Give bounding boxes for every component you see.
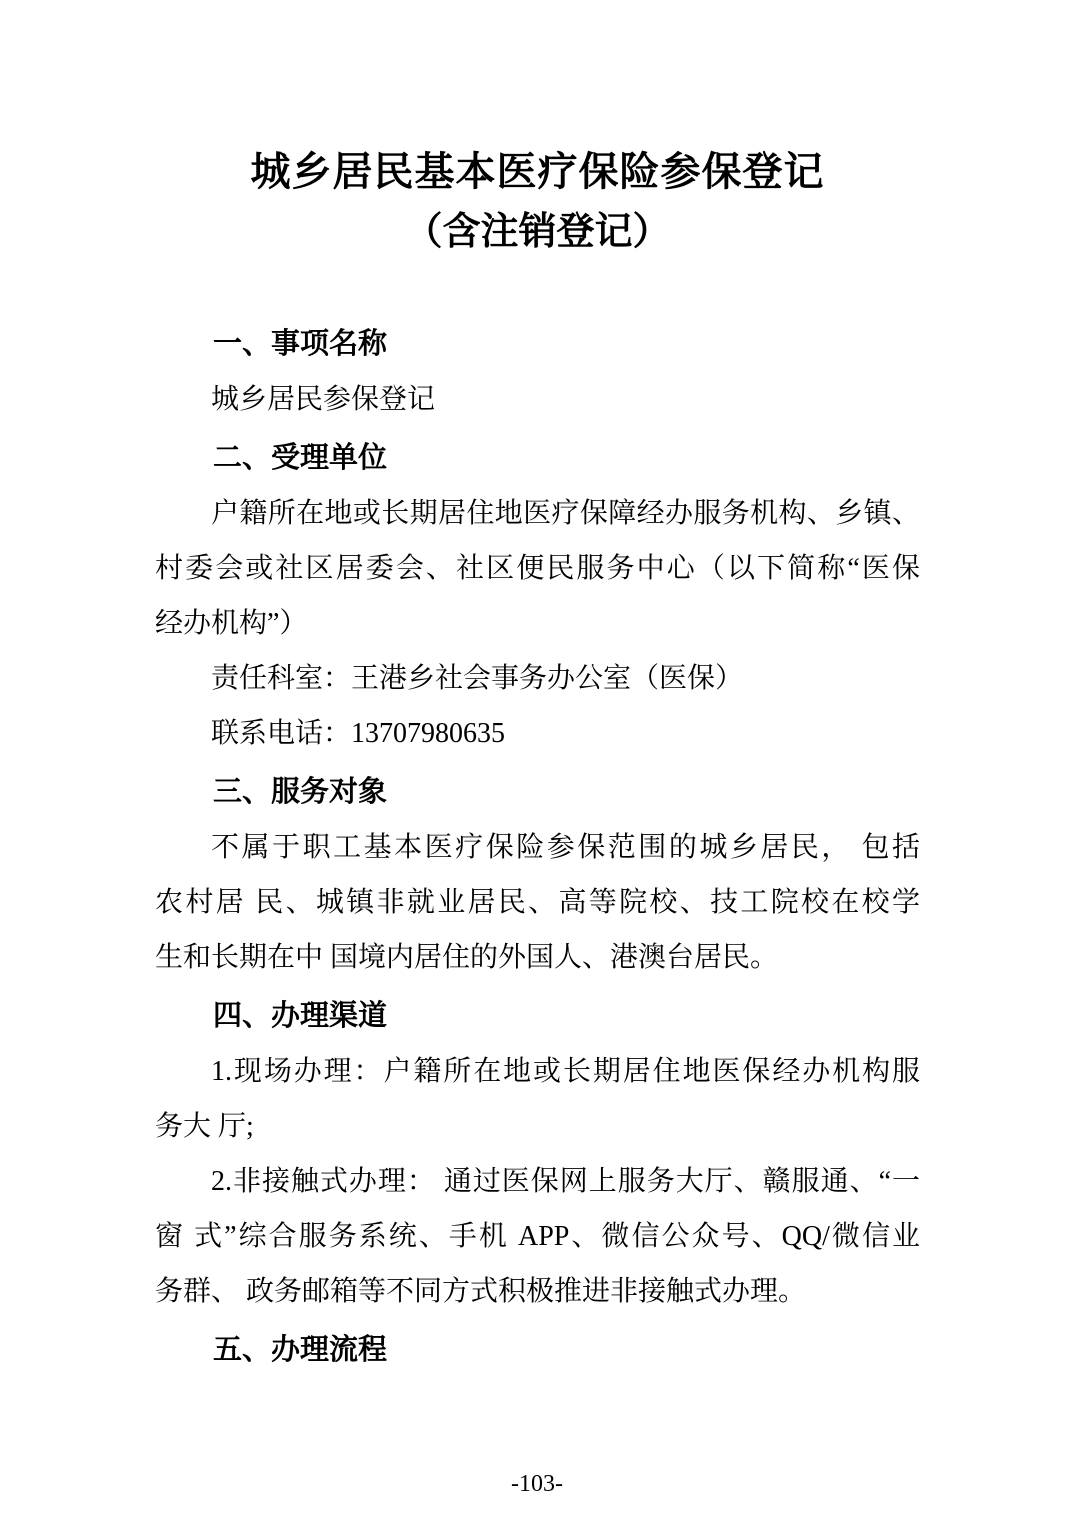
document-page: 城乡居民基本医疗保险参保登记 （含注销登记） 一、事项名称城乡居民参保登记二、受… bbox=[0, 0, 1074, 1520]
paragraph-line: 务大 厅; bbox=[155, 1099, 920, 1154]
section-heading: 五、办理流程 bbox=[155, 1323, 920, 1378]
paragraph-line: 窗 式”综合服务系统、手机 APP、微信公众号、QQ/微信业 bbox=[155, 1209, 920, 1264]
section-heading: 三、服务对象 bbox=[155, 765, 920, 820]
paragraph-line: 城乡居民参保登记 bbox=[155, 372, 920, 427]
paragraph-line: 联系电话：13707980635 bbox=[155, 706, 920, 761]
paragraph-line: 不属于职工基本医疗保险参保范围的城乡居民， 包括 bbox=[155, 820, 920, 875]
document-content: 城乡居民基本医疗保险参保登记 （含注销登记） 一、事项名称城乡居民参保登记二、受… bbox=[155, 0, 920, 1378]
paragraph-line: 2.非接触式办理： 通过医保网上服务大厅、赣服通、“一 bbox=[155, 1154, 920, 1209]
paragraph-line: 农村居 民、城镇非就业居民、高等院校、技工院校在校学 bbox=[155, 875, 920, 930]
paragraph-line: 责任科室：王港乡社会事务办公室（医保） bbox=[155, 651, 920, 706]
paragraph-line: 1.现场办理：户籍所在地或长期居住地医保经办机构服 bbox=[155, 1044, 920, 1099]
paragraph-line: 经办机构”） bbox=[155, 596, 920, 651]
paragraph-line: 务群、 政务邮箱等不同方式积极推进非接触式办理。 bbox=[155, 1264, 920, 1319]
paragraph-line: 生和长期在中 国境内居住的外国人、港澳台居民。 bbox=[155, 930, 920, 985]
section-heading: 一、事项名称 bbox=[155, 317, 920, 372]
paragraph-line: 户籍所在地或长期居住地医疗保障经办服务机构、乡镇、 bbox=[155, 486, 920, 541]
page-number: -103- bbox=[0, 1471, 1074, 1498]
document-title-line2: （含注销登记） bbox=[155, 202, 920, 262]
sections-container: 一、事项名称城乡居民参保登记二、受理单位户籍所在地或长期居住地医疗保障经办服务机… bbox=[155, 317, 920, 1378]
paragraph-line: 村委会或社区居委会、社区便民服务中心（以下简称“医保 bbox=[155, 541, 920, 596]
document-title-line1: 城乡居民基本医疗保险参保登记 bbox=[155, 142, 920, 202]
section-heading: 二、受理单位 bbox=[155, 431, 920, 486]
section-heading: 四、办理渠道 bbox=[155, 989, 920, 1044]
